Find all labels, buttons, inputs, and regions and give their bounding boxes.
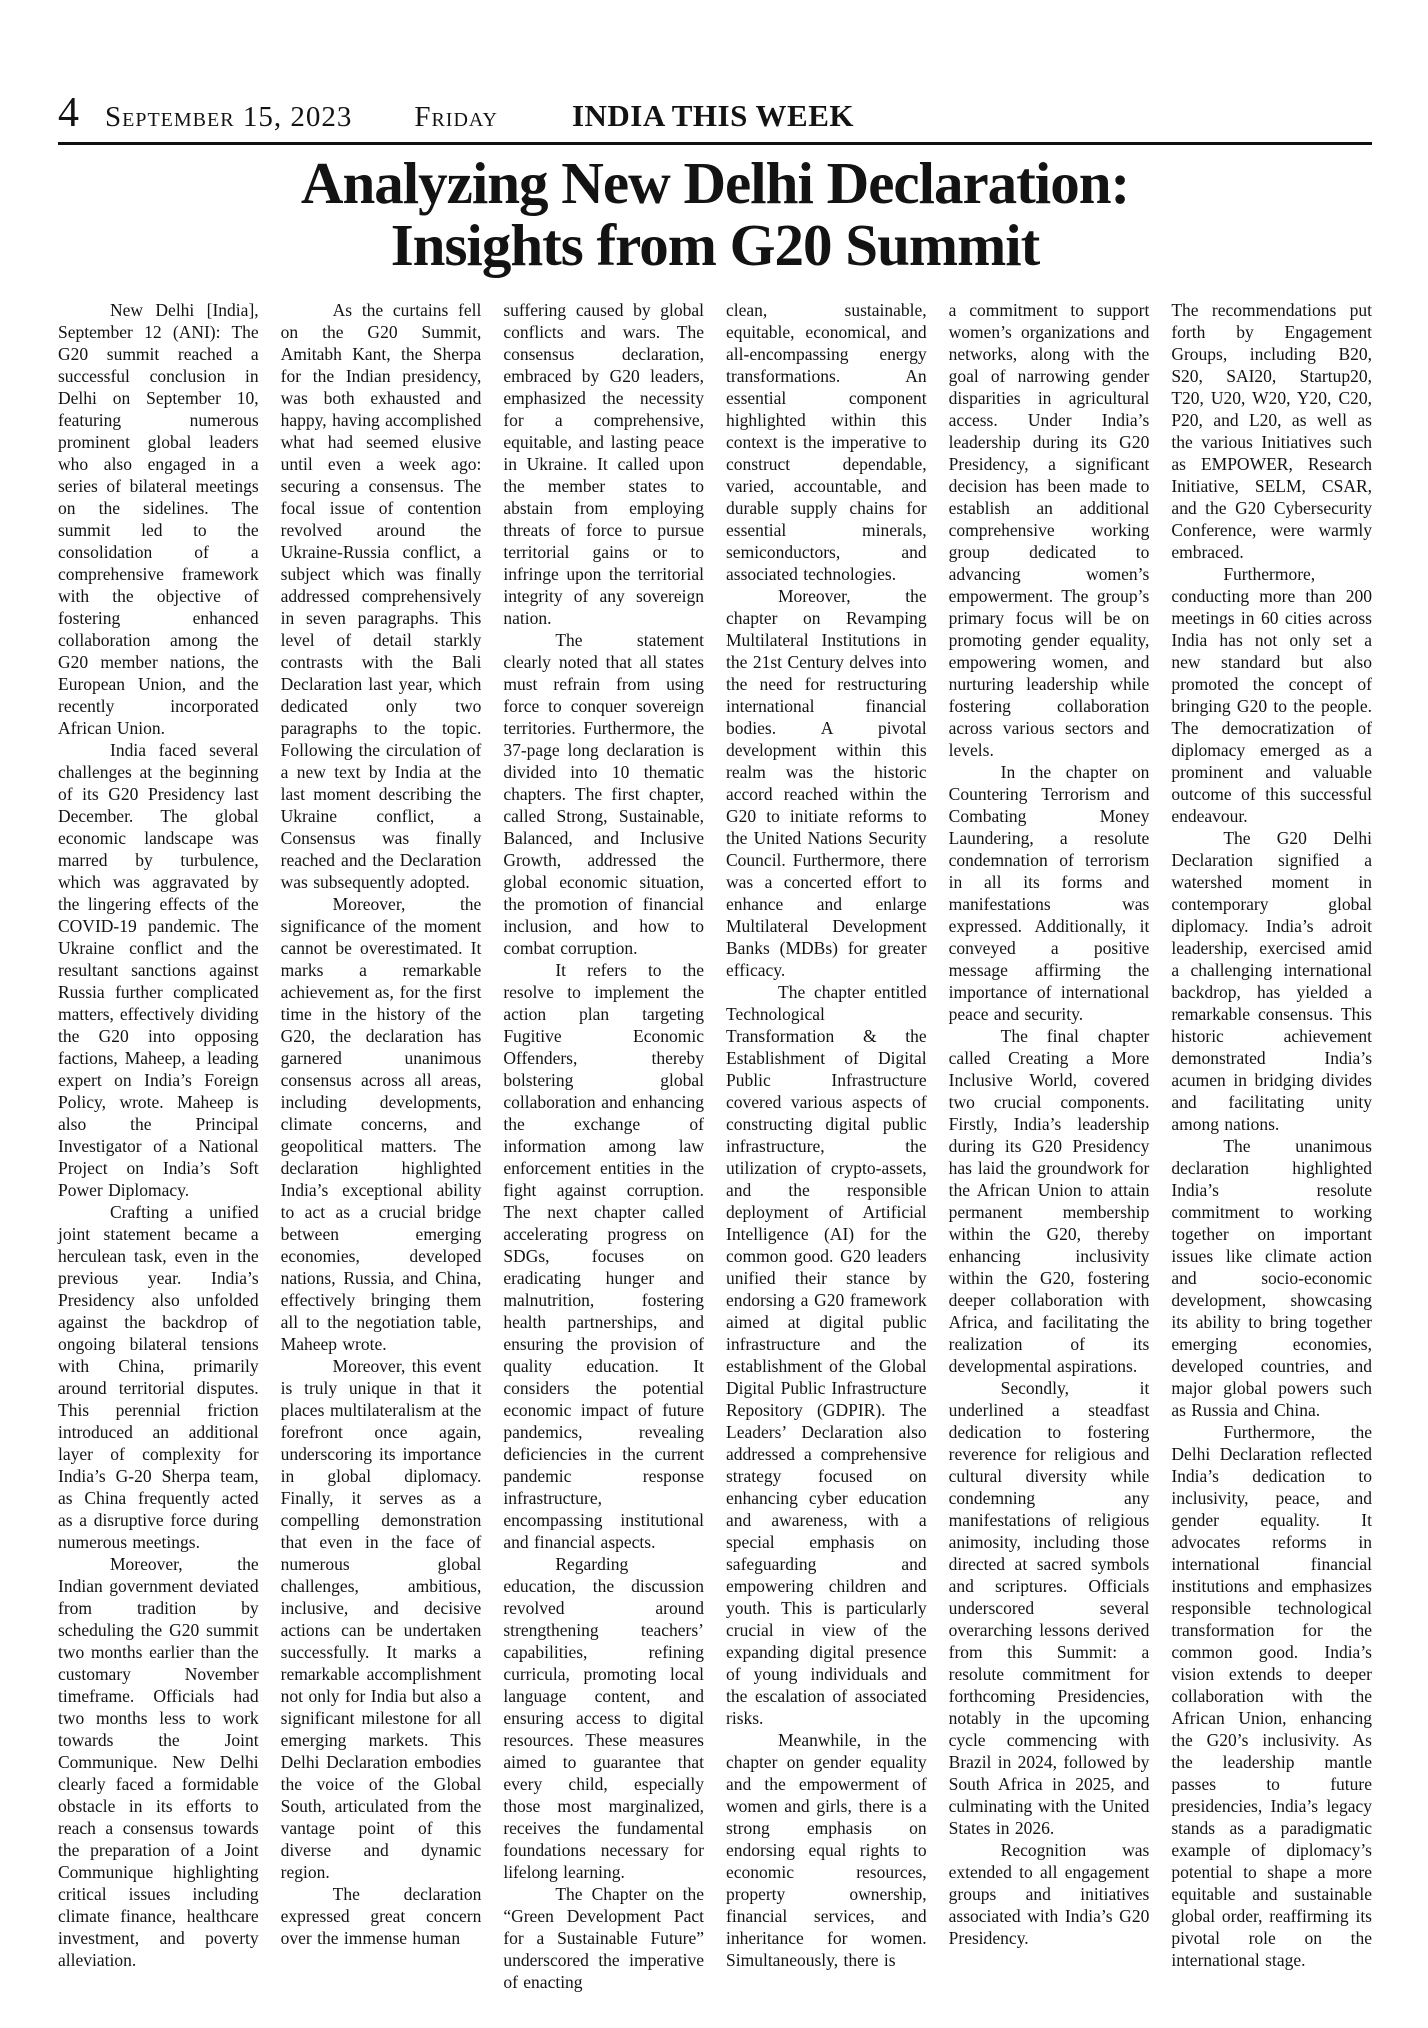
article-paragraph: The G20 Delhi Declaration signified a wa… <box>1171 827 1372 1135</box>
article-paragraph: Moreover, the Indian government deviated… <box>58 1553 259 1971</box>
headline: Analyzing New Delhi Declaration: Insight… <box>58 153 1372 277</box>
header-rule <box>58 142 1372 145</box>
article-paragraph: Moreover, the significance of the moment… <box>281 893 482 1355</box>
article-paragraph: Furthermore, the Delhi Declaration refle… <box>1171 1421 1372 1971</box>
article-column-4: clean, sustainable, equitable, economica… <box>726 299 927 1971</box>
article-paragraph: The Chapter on the “Green Development Pa… <box>503 1883 704 1993</box>
article-paragraph: The recommendations put forth by Engagem… <box>1171 299 1372 563</box>
article-paragraph: In the chapter on Countering Terrorism a… <box>949 761 1150 1025</box>
article-paragraph: As the curtains fell on the G20 Summit, … <box>281 299 482 893</box>
article-paragraph: clean, sustainable, equitable, economica… <box>726 299 927 585</box>
article-paragraph: India faced several challenges at the be… <box>58 739 259 1201</box>
article-body: New Delhi [India], September 12 (ANI): T… <box>58 299 1372 1993</box>
article-paragraph: The chapter entitled Technological Trans… <box>726 981 927 1729</box>
article-column-1: New Delhi [India], September 12 (ANI): T… <box>58 299 259 1971</box>
article-paragraph: The unanimous declaration highlighted In… <box>1171 1135 1372 1421</box>
article-paragraph: The final chapter called Creating a More… <box>949 1025 1150 1377</box>
article-paragraph: It refers to the resolve to implement th… <box>503 959 704 1553</box>
page-header: 4 September 15, 2023 Friday INDIA THIS W… <box>58 92 1372 134</box>
article-paragraph: Secondly, it underlined a steadfast dedi… <box>949 1377 1150 1839</box>
newspaper-page: 4 September 15, 2023 Friday INDIA THIS W… <box>58 92 1372 1993</box>
article-paragraph: The declaration expressed great concern … <box>281 1883 482 1949</box>
article-paragraph: Crafting a unified joint statement becam… <box>58 1201 259 1553</box>
article-paragraph: Moreover, the chapter on Revamping Multi… <box>726 585 927 981</box>
article-paragraph: Moreover, this event is truly unique in … <box>281 1355 482 1883</box>
headline-line-2: Insights from G20 Summit <box>391 212 1040 278</box>
issue-date: September 15, 2023 <box>105 101 352 134</box>
article-paragraph: suffering caused by global conflicts and… <box>503 299 704 629</box>
article-paragraph: Furthermore, conducting more than 200 me… <box>1171 563 1372 827</box>
article-column-6: The recommendations put forth by Engagem… <box>1171 299 1372 1971</box>
article-paragraph: Meanwhile, in the chapter on gender equa… <box>726 1729 927 1971</box>
article-column-5: a commitment to support women’s organiza… <box>949 299 1150 1949</box>
article-paragraph: New Delhi [India], September 12 (ANI): T… <box>58 299 259 739</box>
article-paragraph: Recognition was extended to all engageme… <box>949 1839 1150 1949</box>
article-column-3: suffering caused by global conflicts and… <box>503 299 704 1993</box>
headline-line-1: Analyzing New Delhi Declaration: <box>301 150 1129 216</box>
issue-day: Friday <box>414 101 498 134</box>
page-number: 4 <box>58 92 79 134</box>
article-column-2: As the curtains fell on the G20 Summit, … <box>281 299 482 1949</box>
article-paragraph: Regarding education, the discussion revo… <box>503 1553 704 1883</box>
masthead: INDIA THIS WEEK <box>572 98 854 134</box>
article-paragraph: The statement clearly noted that all sta… <box>503 629 704 959</box>
article-paragraph: a commitment to support women’s organiza… <box>949 299 1150 761</box>
